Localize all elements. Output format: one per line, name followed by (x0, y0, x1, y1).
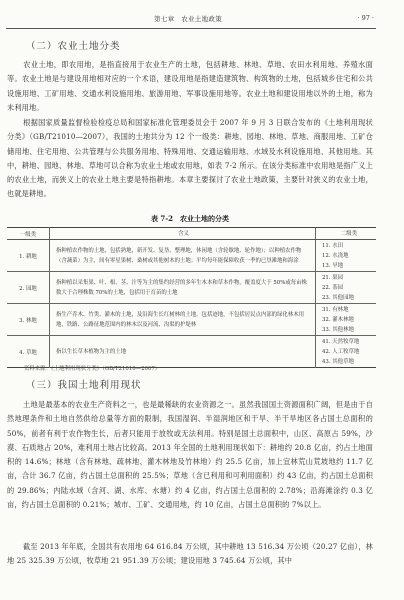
paragraph-classification-standard: 根据国家质量监督检验检疫总局和国家标准化管理委员会于 2007 年 9 月 3 … (7, 116, 373, 202)
running-header: 第七章 农业土地政策 · 97 · (6, 10, 376, 29)
subclass: 42. 人工牧草地 (322, 347, 376, 357)
agri-land-classification-table: 一级类 含义 二级类 1. 耕地 指种植农作物的土地，包括熟地，新开发、复垦、整… (7, 227, 376, 368)
subclass: 31. 有林地 (322, 305, 376, 315)
cell-level2: 41. 天然牧草地 42. 人工牧草地 43. 其他草地 (316, 336, 377, 368)
subclass: 21. 果园 (322, 273, 376, 283)
subclass: 12. 水浇地 (322, 251, 376, 261)
cell-meaning: 指种植以采集果、叶、根、茎、汁等为主的集约经营的多年生木本和草本作物，覆盖度大于… (50, 272, 316, 304)
section-heading-agri-land-classification: （二）农业土地分类 (26, 38, 121, 52)
cell-meaning: 指生产乔木、竹类、灌木的土地，及沿海生长红树林的土地。包括迹地，不包括居民点内部… (50, 304, 316, 336)
paragraph-land-use-status: 土地是最基本的农业生产资料之一，也是最稀缺的农业资源之一。虽然我国国土资源面积广… (7, 398, 373, 512)
paragraph-text: 根据国家质量监督检验检疫总局和国家标准化管理委员会于 2007 年 9 月 3 … (7, 118, 373, 198)
cell-level2: 11. 水田 12. 水浇地 13. 旱地 (316, 240, 377, 272)
cell-level2: 21. 果园 22. 茶园 23. 其他园地 (316, 272, 377, 304)
section-heading-land-use-status: （三）我国土地利用现状 (26, 377, 142, 391)
table-source-note: 资料来源：《土地利用现状分类》（GB/T21010—2007） (24, 364, 160, 372)
column-header-level1: 一级类 (7, 228, 50, 240)
subclass: 11. 水田 (322, 241, 376, 251)
subclass: 43. 其他草地 (322, 357, 376, 367)
subclass: 22. 茶园 (322, 283, 376, 293)
table-caption: 表 7-2 农业土地的分类 (0, 214, 380, 224)
table-row: 1. 耕地 指种植农作物的土地，包括熟地，新开发、复垦、整理地，休闲地（含轮歇地… (7, 240, 376, 272)
chapter-title: 第七章 农业土地政策 (154, 14, 222, 23)
paragraph-text: 截至 2013 年年底，全国共有农用地 64 616.84 万公顷，其中耕地 1… (7, 542, 373, 565)
paragraph-2013-statistics: 截至 2013 年年底，全国共有农用地 64 616.84 万公顷，其中耕地 1… (7, 540, 373, 569)
cell-level1: 3. 林地 (7, 304, 50, 336)
subclass: 41. 天然牧草地 (322, 337, 376, 347)
subclass: 13. 旱地 (322, 261, 376, 271)
cell-level1: 4. 草地 (7, 336, 50, 368)
paragraph-text: 农业土地，即农用地，是指直接用于农业生产的土地，包括耕地、林地、草地、农田水利用… (7, 60, 373, 112)
cell-meaning: 指以生长草本植物为主的土地 (50, 336, 316, 368)
subclass: 32. 灌木林地 (322, 315, 376, 325)
cell-meaning: 指种植农作物的土地，包括熟地，新开发、复垦、整理地，休闲地（含轮歇地、轮作地）；… (50, 240, 316, 272)
book-page: 第七章 农业土地政策 · 97 · （二）农业土地分类 农业土地，即农用地，是指… (0, 0, 404, 600)
table-row: 3. 林地 指生产乔木、竹类、灌木的土地，及沿海生长红树林的土地。包括迹地，不包… (7, 304, 376, 336)
page-number: · 97 · (357, 14, 374, 22)
subclass: 23. 其他园地 (322, 293, 376, 303)
table-header-row: 一级类 含义 二级类 (7, 228, 376, 240)
column-header-meaning: 含义 (50, 228, 316, 240)
table-row: 4. 草地 指以生长草本植物为主的土地 41. 天然牧草地 42. 人工牧草地 … (7, 336, 376, 368)
subclass: 33. 其他林地 (322, 325, 376, 335)
column-header-level2: 二级类 (316, 228, 377, 240)
cell-level2: 31. 有林地 32. 灌木林地 33. 其他林地 (316, 304, 377, 336)
paragraph-text: 土地是最基本的农业生产资料之一，也是最稀缺的农业资源之一。虽然我国国土资源面积广… (7, 400, 373, 509)
cell-level1: 1. 耕地 (7, 240, 50, 272)
paragraph-agri-land-definition: 农业土地，即农用地，是指直接用于农业生产的土地，包括耕地、林地、草地、农田水利用… (7, 58, 373, 115)
cell-level1: 2. 园地 (7, 272, 50, 304)
table-row: 2. 园地 指种植以采集果、叶、根、茎、汁等为主的集约经营的多年生木本和草本作物… (7, 272, 376, 304)
